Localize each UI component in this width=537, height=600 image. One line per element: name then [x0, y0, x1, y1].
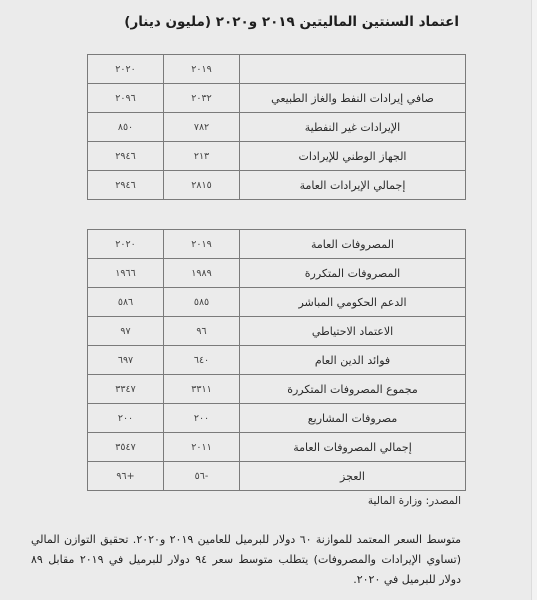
table-row: الدعم الحكومي المباشر ٥٨٥ ٥٨٦ [88, 288, 466, 317]
table-row-total: إجمالي المصروفات العامة ٢٠١١ ٣٥٤٧ [88, 433, 466, 462]
value-2019: ٢٠٠ [164, 404, 240, 433]
value-2020: ٣٣٤٧ [88, 375, 164, 404]
value-2019: ٢٠٣٢ [164, 84, 240, 113]
value-2019: ٦٤٠ [164, 346, 240, 375]
row-label: الإيرادات غير النفطية [240, 113, 466, 142]
table-row-total: إجمالي الإيرادات العامة ٢٨١٥ ٢٩٤٦ [88, 171, 466, 200]
page-title: اعتماد السنتين الماليتين ٢٠١٩ و٢٠٢٠ (ملي… [124, 14, 459, 30]
value-2019: ٩٦ [164, 317, 240, 346]
table-header-row: المصروفات العامة ٢٠١٩ ٢٠٢٠ [88, 230, 466, 259]
value-2020: ٢٩٤٦ [88, 171, 164, 200]
row-label: فوائد الدين العام [240, 346, 466, 375]
row-label: إجمالي الإيرادات العامة [240, 171, 466, 200]
expenses-table: المصروفات العامة ٢٠١٩ ٢٠٢٠ المصروفات الم… [87, 229, 466, 491]
header-2020-cell: ٢٠٢٠ [88, 55, 164, 84]
value-2019: ٢١٣ [164, 142, 240, 171]
table-row-deficit: العجز -٥٦ +٩٦ [88, 462, 466, 491]
value-2019: ٢٠١١ [164, 433, 240, 462]
value-2020: ٣٥٤٧ [88, 433, 164, 462]
row-label: الدعم الحكومي المباشر [240, 288, 466, 317]
value-2020: ٢٠٠ [88, 404, 164, 433]
page-edge [531, 0, 537, 600]
header-2019-cell: ٢٠١٩ [164, 55, 240, 84]
table-row: الجهاز الوطني للإيرادات ٢١٣ ٢٩٤٦ [88, 142, 466, 171]
value-2020: ٥٨٦ [88, 288, 164, 317]
header-label-cell: المصروفات العامة [240, 230, 466, 259]
revenue-table: ٢٠١٩ ٢٠٢٠ صافي إيرادات النفط والغاز الطب… [87, 54, 466, 200]
value-2019: ٥٨٥ [164, 288, 240, 317]
value-2019: -٥٦ [164, 462, 240, 491]
value-2020: ١٩٦٦ [88, 259, 164, 288]
value-2020: ٢٩٤٦ [88, 142, 164, 171]
row-label: الاعتماد الاحتياطي [240, 317, 466, 346]
row-label: مصروفات المشاريع [240, 404, 466, 433]
row-label: العجز [240, 462, 466, 491]
value-2019: ٢٨١٥ [164, 171, 240, 200]
table-row: فوائد الدين العام ٦٤٠ ٦٩٧ [88, 346, 466, 375]
table-row: الاعتماد الاحتياطي ٩٦ ٩٧ [88, 317, 466, 346]
row-label: صافي إيرادات النفط والغاز الطبيعي [240, 84, 466, 113]
header-label-cell [240, 55, 466, 84]
value-2019: ٧٨٢ [164, 113, 240, 142]
table-row-subtotal: مجموع المصروفات المتكررة ٣٣١١ ٣٣٤٧ [88, 375, 466, 404]
table-row: صافي إيرادات النفط والغاز الطبيعي ٢٠٣٢ ٢… [88, 84, 466, 113]
header-2020-cell: ٢٠٢٠ [88, 230, 164, 259]
footnote-paragraph: متوسط السعر المعتمد للموازنة ٦٠ دولار لل… [31, 530, 461, 590]
row-label: الجهاز الوطني للإيرادات [240, 142, 466, 171]
table-row: المصروفات المتكررة ١٩٨٩ ١٩٦٦ [88, 259, 466, 288]
row-label: المصروفات المتكررة [240, 259, 466, 288]
value-2020: ٩٧ [88, 317, 164, 346]
row-label: إجمالي المصروفات العامة [240, 433, 466, 462]
value-2019: ١٩٨٩ [164, 259, 240, 288]
value-2020: ٨٥٠ [88, 113, 164, 142]
value-2020: +٩٦ [88, 462, 164, 491]
row-label: مجموع المصروفات المتكررة [240, 375, 466, 404]
header-2019-cell: ٢٠١٩ [164, 230, 240, 259]
source-note: المصدر: وزارة المالية [368, 495, 461, 507]
value-2020: ٦٩٧ [88, 346, 164, 375]
table-header-row: ٢٠١٩ ٢٠٢٠ [88, 55, 466, 84]
table-row: الإيرادات غير النفطية ٧٨٢ ٨٥٠ [88, 113, 466, 142]
table-row: مصروفات المشاريع ٢٠٠ ٢٠٠ [88, 404, 466, 433]
value-2019: ٣٣١١ [164, 375, 240, 404]
value-2020: ٢٠٩٦ [88, 84, 164, 113]
